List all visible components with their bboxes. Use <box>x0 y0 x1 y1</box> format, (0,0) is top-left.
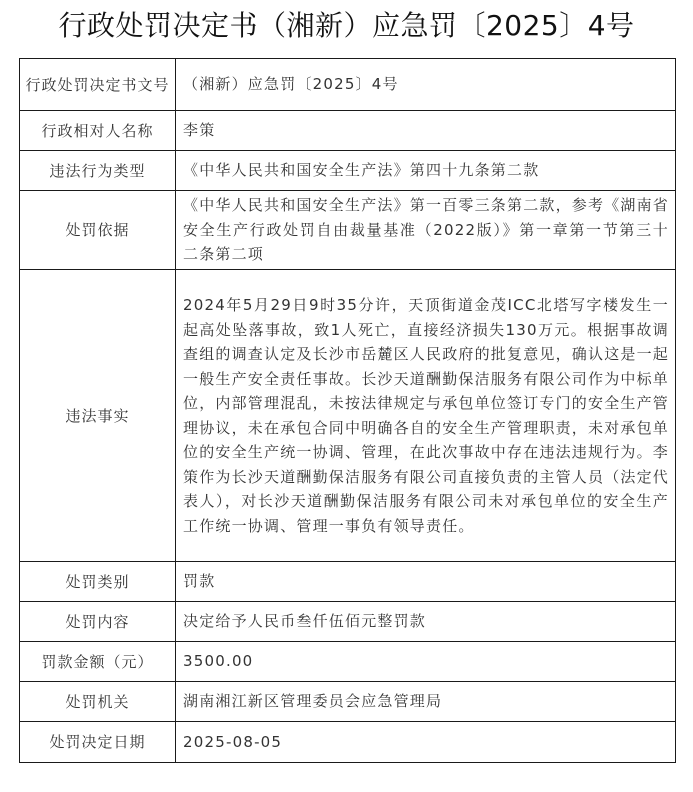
field-value: 3500.00 <box>176 642 676 682</box>
field-label: 处罚机关 <box>20 682 176 722</box>
row-legal-basis: 处罚依据 《中华人民共和国安全生产法》第一百零三条第二款，参考《湖南省安全生产行… <box>20 191 676 270</box>
penalty-record-table: 行政处罚决定书文号 （湘新）应急罚〔2025〕4号 行政相对人名称 李策 违法行… <box>19 58 676 763</box>
field-value: 2025-08-05 <box>176 722 676 763</box>
field-label: 行政处罚决定书文号 <box>20 59 176 111</box>
field-value: （湘新）应急罚〔2025〕4号 <box>176 59 676 111</box>
row-violation-type: 违法行为类型 《中华人民共和国安全生产法》第四十九条第二款 <box>20 151 676 191</box>
row-penalty-category: 处罚类别 罚款 <box>20 562 676 602</box>
field-label: 处罚内容 <box>20 602 176 642</box>
row-decision-number: 行政处罚决定书文号 （湘新）应急罚〔2025〕4号 <box>20 59 676 111</box>
field-value: 湖南湘江新区管理委员会应急管理局 <box>176 682 676 722</box>
field-label: 违法事实 <box>20 270 176 562</box>
field-value: 《中华人民共和国安全生产法》第四十九条第二款 <box>176 151 676 191</box>
field-value: 2024年5月29日9时35分许，天顶街道金茂ICC北塔写字楼发生一起高处坠落事… <box>176 270 676 562</box>
row-party-name: 行政相对人名称 李策 <box>20 111 676 151</box>
field-value: 《中华人民共和国安全生产法》第一百零三条第二款，参考《湖南省安全生产行政处罚自由… <box>176 191 676 270</box>
field-value: 决定给予人民币叁仟伍佰元整罚款 <box>176 602 676 642</box>
field-value: 李策 <box>176 111 676 151</box>
row-penalty-authority: 处罚机关 湖南湘江新区管理委员会应急管理局 <box>20 682 676 722</box>
field-label: 罚款金额（元） <box>20 642 176 682</box>
field-value: 罚款 <box>176 562 676 602</box>
field-label: 处罚决定日期 <box>20 722 176 763</box>
field-label: 违法行为类型 <box>20 151 176 191</box>
row-fine-amount: 罚款金额（元） 3500.00 <box>20 642 676 682</box>
field-label: 处罚依据 <box>20 191 176 270</box>
document-title: 行政处罚决定书（湘新）应急罚〔2025〕4号 <box>0 6 693 46</box>
field-label: 行政相对人名称 <box>20 111 176 151</box>
row-penalty-content: 处罚内容 决定给予人民币叁仟伍佰元整罚款 <box>20 602 676 642</box>
row-decision-date: 处罚决定日期 2025-08-05 <box>20 722 676 763</box>
field-label: 处罚类别 <box>20 562 176 602</box>
row-violation-facts: 违法事实 2024年5月29日9时35分许，天顶街道金茂ICC北塔写字楼发生一起… <box>20 270 676 562</box>
